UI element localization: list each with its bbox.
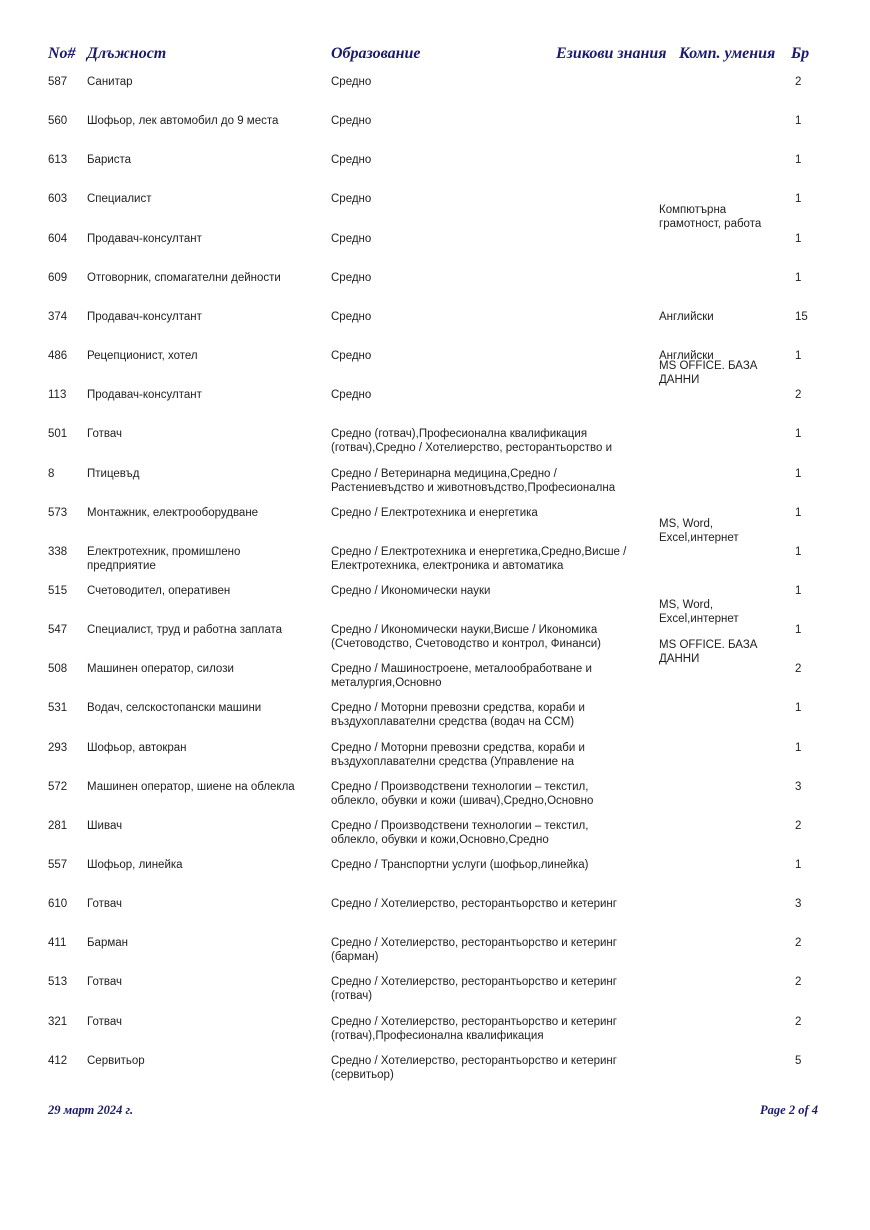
cell-no: 610 bbox=[48, 897, 67, 911]
cell-count: 2 bbox=[795, 819, 801, 833]
cell-count: 1 bbox=[795, 467, 801, 481]
cell-position: Продавач-консултант bbox=[87, 232, 302, 246]
cell-count: 2 bbox=[795, 1015, 801, 1029]
cell-education: Средно / Хотелиерство, ресторантьорство … bbox=[331, 1015, 631, 1043]
cell-education: Средно bbox=[331, 192, 631, 206]
cell-position: Готвач bbox=[87, 897, 302, 911]
computer-skills-block: MS OFFICE. БАЗА ДАННИ bbox=[659, 359, 779, 387]
cell-education: Средно bbox=[331, 75, 631, 89]
cell-position: Готвач bbox=[87, 975, 302, 989]
cell-count: 1 bbox=[795, 232, 801, 246]
cell-no: 515 bbox=[48, 584, 67, 598]
header-no: No# bbox=[48, 45, 76, 63]
cell-no: 501 bbox=[48, 427, 67, 441]
cell-count: 3 bbox=[795, 897, 801, 911]
cell-count: 1 bbox=[795, 701, 801, 715]
cell-education: Средно / Моторни превозни средства, кора… bbox=[331, 701, 631, 729]
cell-education: Средно bbox=[331, 153, 631, 167]
cell-education: Средно / Моторни превозни средства, кора… bbox=[331, 741, 631, 769]
cell-position: Продавач-консултант bbox=[87, 310, 302, 324]
cell-no: 609 bbox=[48, 271, 67, 285]
cell-no: 508 bbox=[48, 662, 67, 676]
cell-count: 1 bbox=[795, 192, 801, 206]
cell-education: Средно (готвач),Професионална квалификац… bbox=[331, 427, 631, 455]
cell-education: Средно / Икономически науки,Висше / Икон… bbox=[331, 623, 631, 651]
cell-position: Санитар bbox=[87, 75, 302, 89]
cell-count: 1 bbox=[795, 271, 801, 285]
cell-position: Шофьор, автокран bbox=[87, 741, 302, 755]
cell-no: 338 bbox=[48, 545, 67, 559]
cell-education: Средно / Електротехника и енергетика bbox=[331, 506, 631, 520]
cell-count: 2 bbox=[795, 75, 801, 89]
cell-count: 2 bbox=[795, 975, 801, 989]
cell-position: Готвач bbox=[87, 1015, 302, 1029]
header-languages: Езикови знания bbox=[556, 45, 667, 63]
cell-count: 1 bbox=[795, 741, 801, 755]
cell-no: 587 bbox=[48, 75, 67, 89]
cell-no: 281 bbox=[48, 819, 67, 833]
cell-position: Сервитьор bbox=[87, 1054, 302, 1068]
footer-page-number: Page 2 of 4 bbox=[760, 1103, 818, 1118]
cell-education: Средно / Машиностроене, металообработван… bbox=[331, 662, 631, 690]
cell-position: Водач, селскостопански машини bbox=[87, 701, 302, 715]
cell-no: 560 bbox=[48, 114, 67, 128]
cell-no: 573 bbox=[48, 506, 67, 520]
cell-count: 1 bbox=[795, 114, 801, 128]
cell-position: Бариста bbox=[87, 153, 302, 167]
cell-position: Шивач bbox=[87, 819, 302, 833]
cell-position: Машинен оператор, шиене на облекла bbox=[87, 780, 302, 794]
cell-position: Птицевъд bbox=[87, 467, 302, 481]
cell-count: 1 bbox=[795, 349, 801, 363]
cell-count: 15 bbox=[795, 310, 808, 324]
cell-languages: Английски bbox=[659, 310, 779, 324]
cell-education: Средно / Транспортни услуги (шофьор,лине… bbox=[331, 858, 631, 872]
cell-no: 557 bbox=[48, 858, 67, 872]
cell-no: 613 bbox=[48, 153, 67, 167]
cell-position: Отговорник, спомагателни дейности bbox=[87, 271, 302, 285]
cell-count: 2 bbox=[795, 936, 801, 950]
cell-position: Рецепционист, хотел bbox=[87, 349, 302, 363]
cell-education: Средно / Хотелиерство, ресторантьорство … bbox=[331, 936, 631, 964]
header-count: Бр bbox=[791, 45, 809, 63]
cell-education: Средно bbox=[331, 388, 631, 402]
cell-education: Средно bbox=[331, 114, 631, 128]
cell-position: Монтажник, електрооборудване bbox=[87, 506, 302, 520]
footer-date: 29 март 2024 г. bbox=[48, 1103, 133, 1118]
cell-education: Средно / Хотелиерство, ресторантьорство … bbox=[331, 1054, 631, 1082]
header-position: Длъжност bbox=[87, 45, 166, 63]
cell-no: 412 bbox=[48, 1054, 67, 1068]
cell-education: Средно / Производствени технологии – тек… bbox=[331, 780, 631, 808]
cell-position: Специалист bbox=[87, 192, 302, 206]
cell-count: 3 bbox=[795, 780, 801, 794]
computer-skills-block: MS OFFICE. БАЗА ДАННИ bbox=[659, 638, 779, 666]
computer-skills-block: MS, Word, Excel,интернет bbox=[659, 517, 749, 545]
cell-no: 547 bbox=[48, 623, 67, 637]
cell-position: Шофьор, линейка bbox=[87, 858, 302, 872]
cell-education: Средно / Хотелиерство, ресторантьорство … bbox=[331, 897, 631, 911]
cell-count: 1 bbox=[795, 506, 801, 520]
cell-count: 1 bbox=[795, 623, 801, 637]
header-computer-skills: Комп. умения bbox=[679, 45, 775, 63]
computer-skills-block: Компютърна грамотност, работа bbox=[659, 203, 779, 231]
cell-count: 5 bbox=[795, 1054, 801, 1068]
cell-no: 604 bbox=[48, 232, 67, 246]
cell-no: 513 bbox=[48, 975, 67, 989]
cell-position: Шофьор, лек автомобил до 9 места bbox=[87, 114, 302, 128]
cell-education: Средно bbox=[331, 232, 631, 246]
cell-no: 374 bbox=[48, 310, 67, 324]
cell-no: 293 bbox=[48, 741, 67, 755]
cell-position: Електротехник, промишлено предприятие bbox=[87, 545, 302, 573]
cell-position: Счетоводител, оперативен bbox=[87, 584, 302, 598]
cell-no: 603 bbox=[48, 192, 67, 206]
cell-count: 1 bbox=[795, 584, 801, 598]
cell-education: Средно bbox=[331, 349, 631, 363]
cell-position: Специалист, труд и работна заплата bbox=[87, 623, 302, 637]
cell-position: Готвач bbox=[87, 427, 302, 441]
cell-education: Средно / Икономически науки bbox=[331, 584, 631, 598]
cell-education: Средно / Хотелиерство, ресторантьорство … bbox=[331, 975, 631, 1003]
cell-education: Средно / Ветеринарна медицина,Средно / Р… bbox=[331, 467, 631, 495]
cell-education: Средно bbox=[331, 271, 631, 285]
computer-skills-block: MS, Word, Excel,интернет bbox=[659, 598, 749, 626]
header-education: Образование bbox=[331, 45, 421, 63]
cell-no: 321 bbox=[48, 1015, 67, 1029]
cell-count: 1 bbox=[795, 153, 801, 167]
cell-no: 411 bbox=[48, 936, 66, 950]
cell-position: Машинен оператор, силози bbox=[87, 662, 302, 676]
cell-education: Средно bbox=[331, 310, 631, 324]
cell-count: 2 bbox=[795, 662, 801, 676]
cell-no: 113 bbox=[48, 388, 66, 402]
cell-position: Барман bbox=[87, 936, 302, 950]
cell-count: 1 bbox=[795, 427, 801, 441]
cell-count: 1 bbox=[795, 858, 801, 872]
cell-no: 8 bbox=[48, 467, 54, 481]
cell-no: 531 bbox=[48, 701, 67, 715]
cell-education: Средно / Производствени технологии – тек… bbox=[331, 819, 631, 847]
cell-no: 486 bbox=[48, 349, 67, 363]
cell-education: Средно / Електротехника и енергетика,Сре… bbox=[331, 545, 631, 573]
cell-no: 572 bbox=[48, 780, 67, 794]
cell-position: Продавач-консултант bbox=[87, 388, 302, 402]
cell-count: 2 bbox=[795, 388, 801, 402]
cell-count: 1 bbox=[795, 545, 801, 559]
